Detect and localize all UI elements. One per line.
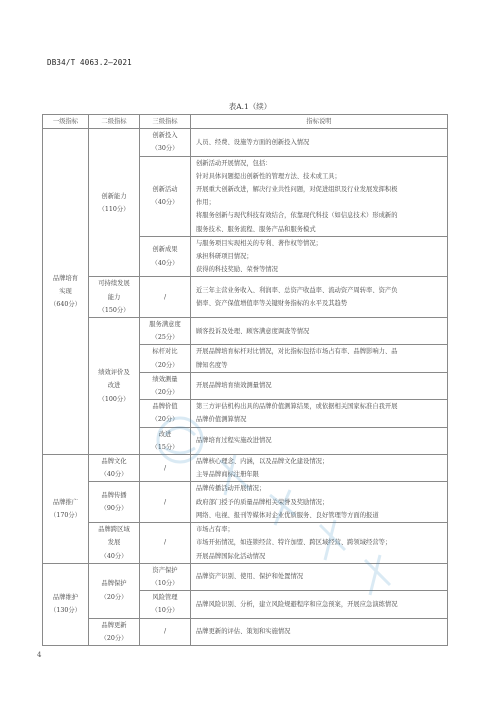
description-line: 品牌传播活动开展情况； xyxy=(196,482,444,495)
level2-cell: 品牌保护 （20分） xyxy=(89,563,140,618)
level3-cell: / xyxy=(140,523,191,564)
header-level2: 二级指标 xyxy=(89,115,140,129)
description-cell: 品牌风险识别、分析，建立风险规避程序和应急预案，开展应急演练情况 xyxy=(191,591,448,618)
description-line: 市场占有率； xyxy=(196,523,444,536)
description-cell: 市场占有率； 市场开拓情况，如连锁经营、特许加盟、跨区域经营、跨领域经营等； 开… xyxy=(191,523,448,564)
description-line: 作用； xyxy=(196,196,444,209)
level3-placeholder: / xyxy=(140,625,190,638)
table-row: 品牌更新 （20分） / 品牌更新的评估、策划和实施情况 xyxy=(43,618,448,645)
level2-name: 可持续发展 xyxy=(89,277,139,290)
level2-cell: 品牌更新 （20分） xyxy=(89,618,140,645)
description-line: 牌知名度等 xyxy=(196,359,444,372)
level2-name: 品牌跨区域 xyxy=(89,523,139,536)
level3-name: 创新成果 xyxy=(140,243,190,256)
description-line: 品牌培育过程实施改进情况 xyxy=(196,434,444,447)
level2-name-cont: 发展 xyxy=(89,536,139,549)
level1-name: 品牌维护 xyxy=(43,591,88,604)
level3-cell: / xyxy=(140,618,191,645)
level2-cell: 绩效评价及 改进 （100分） xyxy=(89,318,140,455)
level3-score: （40分） xyxy=(140,196,190,209)
description-line: 与服务项目实现相关的专利、著作权等情况； xyxy=(196,237,444,250)
level2-name: 品牌保护 xyxy=(89,577,139,590)
level3-cell: / xyxy=(140,455,191,482)
level3-name: 品牌价值 xyxy=(140,400,190,413)
level2-cell: 创新能力 （110分） xyxy=(89,129,140,277)
header-level1: 一级指标 xyxy=(43,115,89,129)
level1-name: 品牌培育 xyxy=(43,272,88,285)
level2-score: （100分） xyxy=(89,393,139,406)
level3-name: 风险管理 xyxy=(140,591,190,604)
description-cell: 品牌资产识别、使用、保护和处置情况 xyxy=(191,563,448,590)
description-cell: 开展品牌培育绩效测量情况 xyxy=(191,372,448,399)
description-line: 第三方评估机构出具的品牌价值测算结果，或依据相关国家标准自我开展 xyxy=(196,400,444,413)
table-row: 品牌培育 实现 （640分） 创新能力 （110分） 创新投入 （30分） 人员… xyxy=(43,129,448,156)
description-line: 创新活动开展情况，包括： xyxy=(196,157,444,170)
description-cell: 品牌传播活动开展情况； 政府部门授予的质量品牌相关荣誉及奖励情况； 网络、电视、… xyxy=(191,482,448,523)
level2-name: 创新能力 xyxy=(89,190,139,203)
level3-score: （25分） xyxy=(140,331,190,344)
description-line: 针对具体问题提出创新性的管理方法、技术或工具； xyxy=(196,170,444,183)
description-line: 网络、电视、报刊等媒体对企业优质服务、良好管理等方面的报道 xyxy=(196,509,444,522)
description-line: 品牌更新的评估、策划和实施情况 xyxy=(196,625,444,638)
level2-name: 品牌传播 xyxy=(89,489,139,502)
level3-placeholder: / xyxy=(140,462,190,475)
level3-placeholder: / xyxy=(140,291,190,304)
level1-score: （640分） xyxy=(43,298,88,311)
header-description: 指标说明 xyxy=(191,115,448,129)
level3-name: 服务满意度 xyxy=(140,318,190,331)
table-row: 品牌传播 （90分） / 品牌传播活动开展情况； 政府部门授予的质量品牌相关荣誉… xyxy=(43,482,448,523)
description-line: 品牌风险识别、分析，建立风险规避程序和应急预案，开展应急演练情况 xyxy=(196,598,444,611)
description-cell: 人员、经费、设施等方面的创新投入情况 xyxy=(191,129,448,156)
description-line: 获得的科技奖励、荣誉等情况 xyxy=(196,263,444,276)
standard-code: DB34/T 4063.2—2021 xyxy=(47,58,132,67)
level2-score: （20分） xyxy=(89,632,139,645)
level2-score: （90分） xyxy=(89,502,139,515)
description-line: 债率、资产保值增值率等关键财务指标的水平及其趋势 xyxy=(196,297,444,310)
table-header-row: 一级指标 二级指标 三级指标 指标说明 xyxy=(43,115,448,129)
description-cell: 创新活动开展情况，包括： 针对具体问题提出创新性的管理方法、技术或工具； 开展重… xyxy=(191,156,448,236)
level3-cell: / xyxy=(140,482,191,523)
level3-name: 创新投入 xyxy=(140,129,190,142)
level3-score: （20分） xyxy=(140,359,190,372)
description-cell: 开展品牌培育标杆对比情况，对比指标包括市场占有率、品牌影响力、品 牌知名度等 xyxy=(191,345,448,372)
description-cell: 第三方评估机构出具的品牌价值测算结果，或依据相关国家标准自我开展 品牌价值测算情… xyxy=(191,400,448,427)
level3-cell: 服务满意度 （25分） xyxy=(140,318,191,345)
level1-cell: 品牌培育 实现 （640分） xyxy=(43,129,89,455)
level3-cell: 创新成果 （40分） xyxy=(140,236,191,277)
table-row: 品牌推广 （170分） 品牌文化 （40分） / 品牌核心理念、内涵，以及品牌文… xyxy=(43,455,448,482)
level2-name: 品牌更新 xyxy=(89,619,139,632)
table-row: 品牌维护 （130分） 品牌保护 （20分） 资产保护 （10分） 品牌资产识别… xyxy=(43,563,448,590)
level2-name-cont: 改进 xyxy=(89,379,139,392)
description-line: 品牌核心理念、内涵，以及品牌文化建设情况； xyxy=(196,455,444,468)
level3-cell: 创新活动 （40分） xyxy=(140,156,191,236)
level3-score: （30分） xyxy=(140,142,190,155)
description-line: 将服务创新与现代科技有效结合，依靠现代科技（如信息技术）形成新的 xyxy=(196,209,444,222)
level2-score: （20分） xyxy=(89,591,139,604)
description-cell: 品牌培育过程实施改进情况 xyxy=(191,427,448,454)
table-row: 可持续发展 能力 （150分） / 近三年主营业务收入、利润率、总资产收益率、流… xyxy=(43,277,448,318)
level3-placeholder: / xyxy=(140,496,190,509)
description-cell: 近三年主营业务收入、利润率、总资产收益率、流动资产周转率、资产负 债率、资产保值… xyxy=(191,277,448,318)
level3-cell: 品牌价值 （20分） xyxy=(140,400,191,427)
level3-cell: 资产保护 （10分） xyxy=(140,563,191,590)
description-cell: 品牌更新的评估、策划和实施情况 xyxy=(191,618,448,645)
level3-score: （10分） xyxy=(140,577,190,590)
description-line: 服务技术、服务流程、服务产品和服务模式 xyxy=(196,223,444,236)
level3-name: 标杆对比 xyxy=(140,345,190,358)
level2-score: （110分） xyxy=(89,203,139,216)
description-line: 开展品牌培育绩效测量情况 xyxy=(196,379,444,392)
description-line: 顾客投诉及处理、顾客满意度调查等情况 xyxy=(196,325,444,338)
level2-name-cont: 能力 xyxy=(89,291,139,304)
level3-score: （10分） xyxy=(140,604,190,617)
indicator-table: 一级指标 二级指标 三级指标 指标说明 品牌培育 实现 （640分） 创新能力 … xyxy=(42,114,448,646)
description-line: 主导品牌商标注册年限 xyxy=(196,468,444,481)
description-line: 市场开拓情况，如连锁经营、特许加盟、跨区域经营、跨领域经营等； xyxy=(196,536,444,549)
description-line: 近三年主营业务收入、利润率、总资产收益率、流动资产周转率、资产负 xyxy=(196,284,444,297)
level1-name: 品牌推广 xyxy=(43,496,88,509)
level3-name: 资产保护 xyxy=(140,564,190,577)
level3-placeholder: / xyxy=(140,536,190,549)
description-line: 品牌价值测算情况 xyxy=(196,413,444,426)
description-line: 开展品牌国际化活动情况 xyxy=(196,550,444,563)
level3-cell: 改进 （15分） xyxy=(140,427,191,454)
level3-score: （20分） xyxy=(140,386,190,399)
level2-cell: 品牌传播 （90分） xyxy=(89,482,140,523)
level3-name: 绩效测量 xyxy=(140,373,190,386)
level3-score: （20分） xyxy=(140,413,190,426)
level3-cell: / xyxy=(140,277,191,318)
level1-score: （170分） xyxy=(43,509,88,522)
level3-score: （40分） xyxy=(140,257,190,270)
level3-cell: 创新投入 （30分） xyxy=(140,129,191,156)
description-line: 品牌资产识别、使用、保护和处置情况 xyxy=(196,570,444,583)
description-cell: 与服务项目实现相关的专利、著作权等情况； 承担科研项目情况； 获得的科技奖励、荣… xyxy=(191,236,448,277)
level3-cell: 风险管理 （10分） xyxy=(140,591,191,618)
description-cell: 顾客投诉及处理、顾客满意度调查等情况 xyxy=(191,318,448,345)
level3-name: 创新活动 xyxy=(140,183,190,196)
level2-score: （40分） xyxy=(89,468,139,481)
level2-cell: 品牌跨区域 发展 （40分） xyxy=(89,523,140,564)
description-line: 开展重大创新改进，解决行业共性问题，对促进组织及行业发展发挥积极 xyxy=(196,183,444,196)
level2-score: （40分） xyxy=(89,550,139,563)
header-level3: 三级指标 xyxy=(140,115,191,129)
level3-cell: 绩效测量 （20分） xyxy=(140,372,191,399)
table-row: 品牌跨区域 发展 （40分） / 市场占有率； 市场开拓情况，如连锁经营、特许加… xyxy=(43,523,448,564)
level3-score: （15分） xyxy=(140,441,190,454)
level3-cell: 标杆对比 （20分） xyxy=(140,345,191,372)
level2-name: 绩效评价及 xyxy=(89,366,139,379)
description-line: 人员、经费、设施等方面的创新投入情况 xyxy=(196,136,444,149)
description-cell: 品牌核心理念、内涵，以及品牌文化建设情况； 主导品牌商标注册年限 xyxy=(191,455,448,482)
description-line: 开展品牌培育标杆对比情况，对比指标包括市场占有率、品牌影响力、品 xyxy=(196,345,444,358)
level2-cell: 可持续发展 能力 （150分） xyxy=(89,277,140,318)
level2-score: （150分） xyxy=(89,304,139,317)
level1-cell: 品牌维护 （130分） xyxy=(43,563,89,645)
table-caption: 表A.1（续） xyxy=(0,101,500,112)
description-line: 政府部门授予的质量品牌相关荣誉及奖励情况； xyxy=(196,496,444,509)
description-line: 承担科研项目情况； xyxy=(196,250,444,263)
level1-name-cont: 实现 xyxy=(43,285,88,298)
table-row: 绩效评价及 改进 （100分） 服务满意度 （25分） 顾客投诉及处理、顾客满意… xyxy=(43,318,448,345)
level2-cell: 品牌文化 （40分） xyxy=(89,455,140,482)
level3-name: 改进 xyxy=(140,428,190,441)
level2-name: 品牌文化 xyxy=(89,455,139,468)
level1-cell: 品牌推广 （170分） xyxy=(43,455,89,564)
level1-score: （130分） xyxy=(43,604,88,617)
page-number: 4 xyxy=(37,651,41,659)
